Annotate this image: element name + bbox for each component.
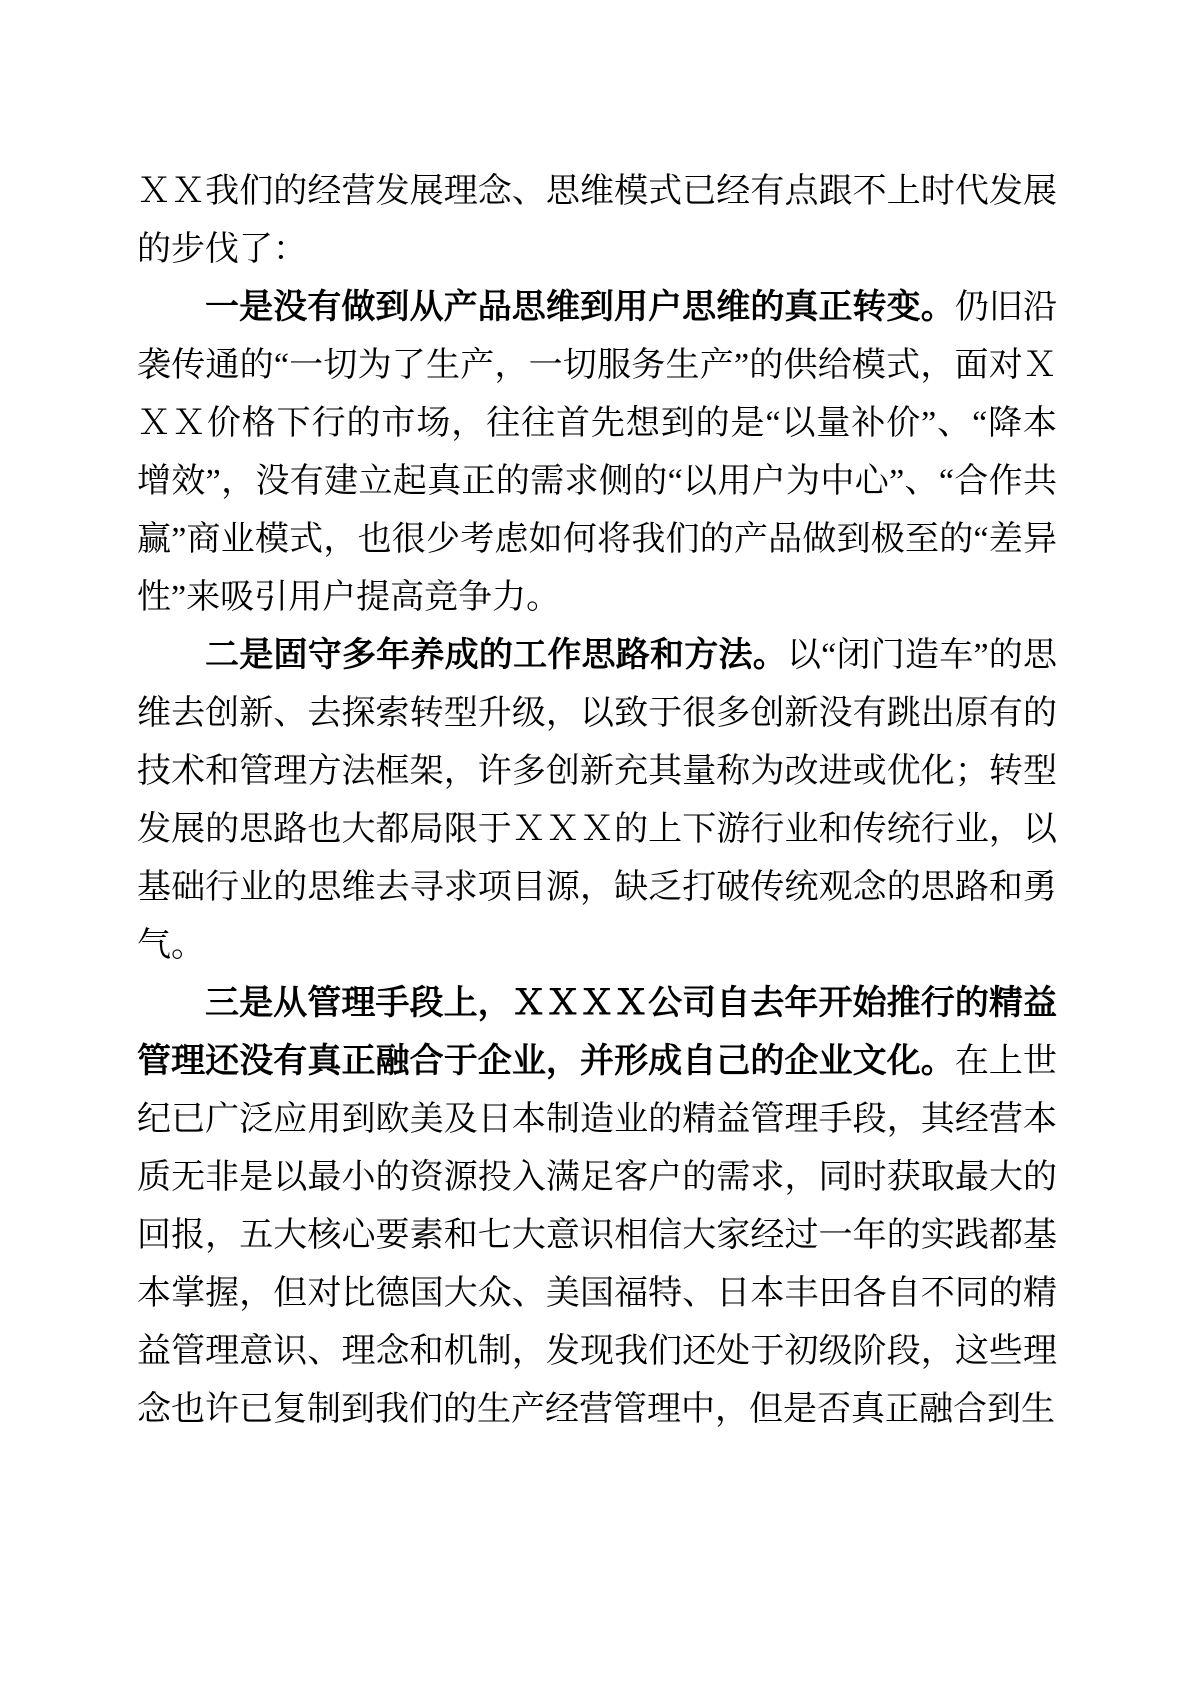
text-run: ＸＸ我们的经营发展理念、思维模式已经有点跟不上时代发展的步伐了：: [137, 173, 1057, 268]
text-run: 仍旧沿袭传通的“一切为了生产，一切服务生产”的供给模式，面对ＸＸＸ价格下行的市场…: [137, 289, 1057, 616]
paragraph: 二是固守多年养成的工作思路和方法。以“闭门造车”的思维去创新、去探索转型升级，以…: [137, 627, 1057, 975]
text-run-bold: 三是从管理手段上，ＸＸＸＸ公司自去年开始推行的精益管理还没有真正融合于企业，并形…: [137, 985, 1057, 1080]
paragraph: ＸＸ我们的经营发展理念、思维模式已经有点跟不上时代发展的步伐了：: [137, 163, 1057, 279]
text-run-bold: 一是没有做到从产品思维到用户思维的真正转变。: [205, 289, 955, 326]
document-body: ＸＸ我们的经营发展理念、思维模式已经有点跟不上时代发展的步伐了：一是没有做到从产…: [137, 163, 1057, 1439]
document-page: ＸＸ我们的经营发展理念、思维模式已经有点跟不上时代发展的步伐了：一是没有做到从产…: [0, 0, 1190, 1683]
paragraph: 三是从管理手段上，ＸＸＸＸ公司自去年开始推行的精益管理还没有真正融合于企业，并形…: [137, 975, 1057, 1439]
text-run: 以“闭门造车”的思维去创新、去探索转型升级，以致于很多创新没有跳出原有的技术和管…: [137, 637, 1057, 964]
text-run: 在上世纪已广泛应用到欧美及日本制造业的精益管理手段，其经营本质无非是以最小的资源…: [137, 1043, 1057, 1428]
paragraph: 一是没有做到从产品思维到用户思维的真正转变。仍旧沿袭传通的“一切为了生产，一切服…: [137, 279, 1057, 627]
text-run-bold: 二是固守多年养成的工作思路和方法。: [205, 637, 787, 674]
